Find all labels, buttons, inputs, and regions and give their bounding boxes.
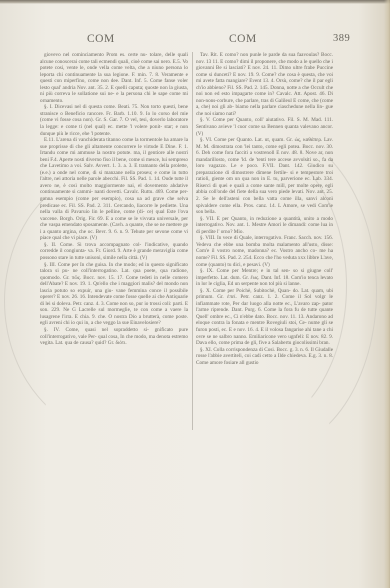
section-paragraph: §. IV. Come, quasi nel sopraddetto si- g… [40,327,188,347]
section-paragraph: §. IX. Come per Mentre; e in tal sen- so… [196,268,333,288]
left-guide-word: COM [87,33,115,45]
section-paragraph: §. XI. Colla corrispondenza di Cosi. Boc… [196,347,333,367]
right-text-column: Tav. Rit. E como? non punle le parde da … [196,52,333,416]
section-paragraph: §. V. Come per Quanto, coll' aiutativo. … [196,117,333,137]
section-paragraph: §. II. Come. Si trova accompagnato col- … [40,242,188,262]
page-right-edge [384,0,390,588]
right-guide-word: COM [229,33,257,45]
paragraph: E.11. L'arena di vanchiderata titanno co… [40,137,188,242]
column-divider [192,52,193,430]
page-number: 389 [333,33,350,44]
section-paragraph: §. III. Come per In che guisa. In che mo… [40,262,188,327]
scanned-page: COM COM 389 giovevo nel cominciamento Pr… [0,0,390,588]
paragraph: §. I. Dicevasi nel di questa come. Beati… [40,104,188,137]
page-top-edge [0,0,390,4]
running-header: COM COM 389 [0,33,390,49]
left-text-column: giovevo nel cominciamento Prom es. certe… [40,52,188,428]
section-paragraph: §. X. Come per Poichè, Subitochè, Quan- … [196,288,333,347]
section-paragraph: §. VI. Come per Quanto. Lat. ut, quam. G… [196,137,333,216]
section-paragraph: §. VII. E per Quanto, in reduzione a qua… [196,216,333,236]
section-paragraph: §. VIII. In vece di Quale, interrogativo… [196,235,333,268]
paragraph: Tav. Rit. E como? non punle le parde da … [196,52,333,117]
paragraph: giovevo nel cominciamento Prom es. certe… [40,52,188,104]
